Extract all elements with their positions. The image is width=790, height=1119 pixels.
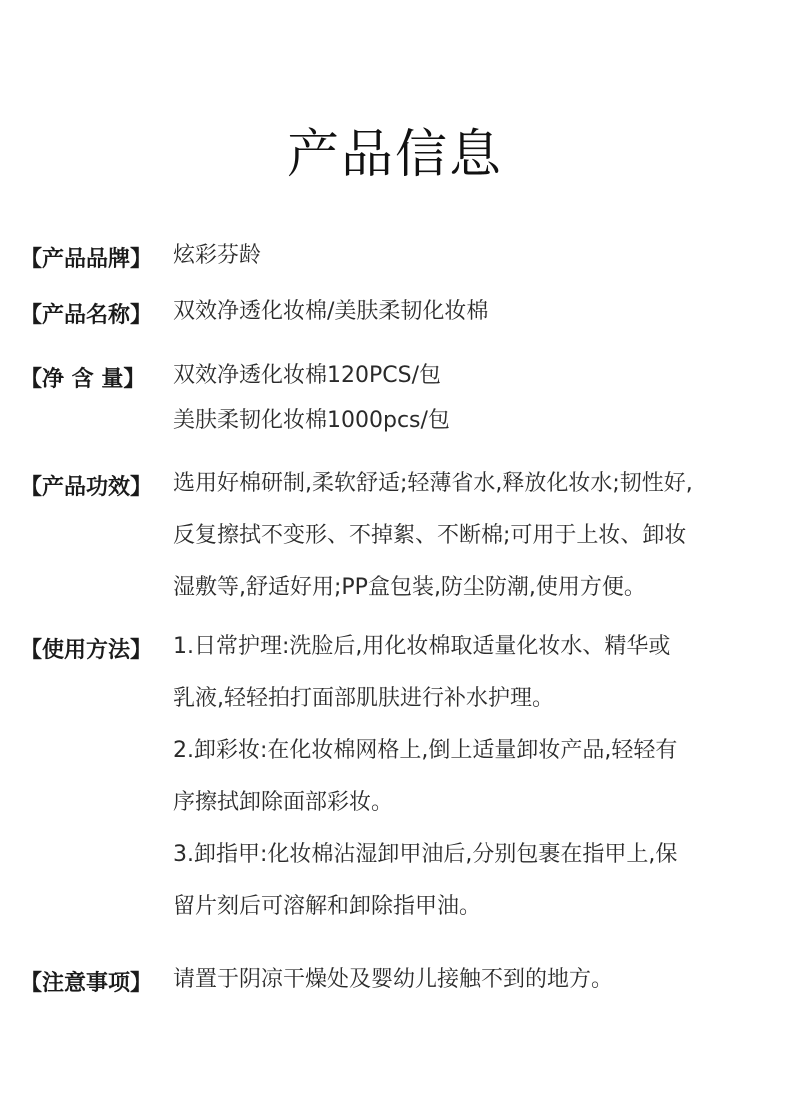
row-value: 双效净透化妆棉120PCS/包 美肤柔韧化妆棉1000pcs/包 (173, 362, 773, 452)
value-line: 请置于阴凉干燥处及婴幼儿接触不到的地方。 (173, 966, 773, 1011)
value-line: 留片刻后可溶解和卸除指甲油。 (173, 893, 773, 945)
row-value: 选用好棉研制,柔软舒适;轻薄省水,释放化妆水;韧性好, 反复擦拭不变形、不掉絮、… (173, 470, 773, 626)
value-line: 双效净透化妆棉/美肤柔韧化妆棉 (173, 298, 773, 343)
row-value: 双效净透化妆棉/美肤柔韧化妆棉 (173, 298, 773, 343)
row-value: 请置于阴凉干燥处及婴幼儿接触不到的地方。 (173, 966, 773, 1011)
value-line: 1.日常护理:洗脸后,用化妆棉取适量化妆水、精华或 (173, 633, 773, 685)
row-value: 1.日常护理:洗脸后,用化妆棉取适量化妆水、精华或 乳液,轻轻拍打面部肌肤进行补… (173, 633, 773, 945)
value-line: 3.卸指甲:化妆棉沾湿卸甲油后,分别包裹在指甲上,保 (173, 841, 773, 893)
row-label: 【产品品牌】 (20, 242, 172, 273)
value-line: 选用好棉研制,柔软舒适;轻薄省水,释放化妆水;韧性好, (173, 470, 773, 522)
value-line: 乳液,轻轻拍打面部肌肤进行补水护理。 (173, 685, 773, 737)
row-label: 【净 含 量】 (20, 362, 172, 393)
row-label: 【使用方法】 (20, 633, 172, 664)
value-line: 炫彩芬龄 (173, 242, 773, 287)
page-title: 产品信息 (0, 112, 790, 187)
value-line: 湿敷等,舒适好用;PP盒包装,防尘防潮,使用方便。 (173, 574, 773, 626)
value-line: 美肤柔韧化妆棉1000pcs/包 (173, 407, 773, 452)
value-line: 2.卸彩妆:在化妆棉网格上,倒上适量卸妆产品,轻轻有 (173, 737, 773, 789)
row-label: 【注意事项】 (20, 966, 172, 997)
value-line: 反复擦拭不变形、不掉絮、不断棉;可用于上妆、卸妆 (173, 522, 773, 574)
value-line: 序擦拭卸除面部彩妆。 (173, 789, 773, 841)
value-line: 双效净透化妆棉120PCS/包 (173, 362, 773, 407)
row-value: 炫彩芬龄 (173, 242, 773, 287)
row-label: 【产品功效】 (20, 470, 172, 501)
row-label: 【产品名称】 (20, 298, 172, 329)
